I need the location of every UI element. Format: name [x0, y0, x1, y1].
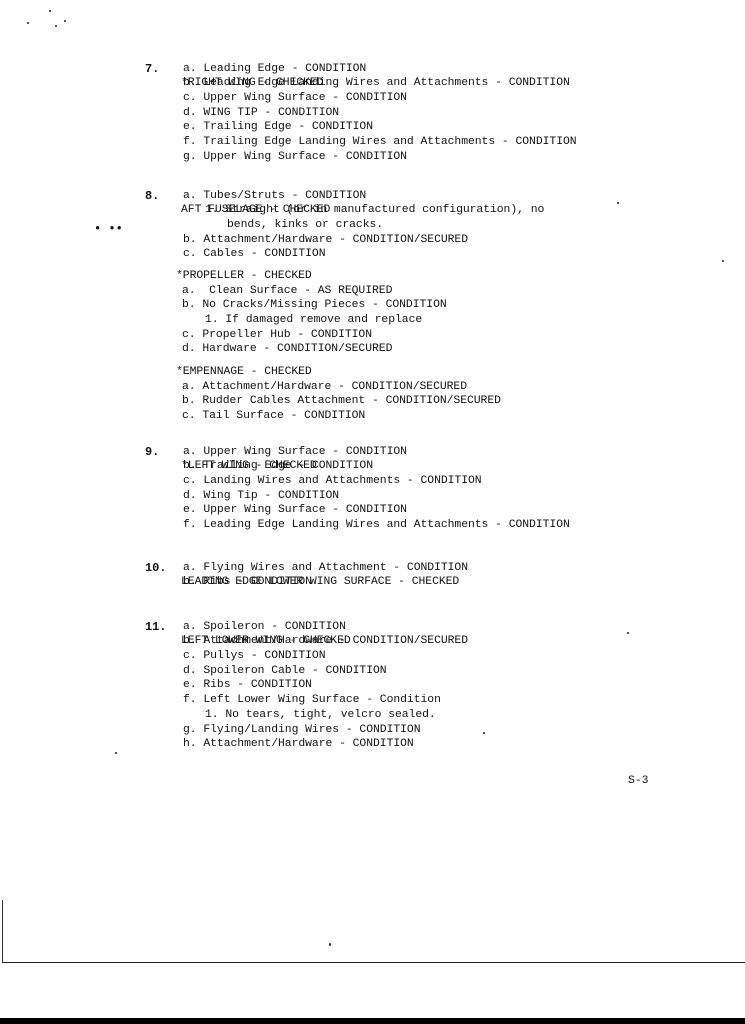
section-propeller: *PROPELLER - CHECKED a. Clean Surface - … [145, 269, 665, 357]
checklist-item: a. Tubes/Struts - CONDITION [183, 189, 665, 204]
section-number: 11. [145, 620, 166, 635]
checklist-item: a. Upper Wing Surface - CONDITION [183, 445, 665, 460]
scan-speck [64, 20, 66, 22]
section-heading-row: 7. *RIGHT WING - CHECKED [145, 47, 665, 62]
section-number: 10. [145, 561, 166, 576]
scan-speck [722, 260, 724, 262]
scan-speck [27, 22, 29, 24]
section-heading: *RIGHT WING - CHECKED [181, 76, 324, 91]
section-heading: *EMPENNAGE - CHECKED [176, 365, 665, 380]
section-10: 10. LEADING EDGE LOWER WING SURFACE - CH… [145, 546, 665, 590]
checklist-item: d. Spoileron Cable - CONDITION [183, 664, 665, 679]
checklist-item: d. WING TIP - CONDITION [183, 106, 665, 121]
checklist-item: f. Leading Edge Landing Wires and Attach… [183, 518, 665, 533]
section-number: 9. [145, 445, 159, 460]
scan-speck [55, 25, 57, 27]
section-heading-row: 9. *LEFT WING - CHECKED [145, 430, 665, 445]
checklist-subitem-continued: bends, kinks or cracks. [227, 218, 665, 233]
checklist-item: a. Spoileron - CONDITION [183, 620, 665, 635]
checklist-item: e. Ribs - CONDITION [183, 678, 665, 693]
checklist-item: c. Pullys - CONDITION [183, 649, 665, 664]
scan-speck [49, 10, 51, 12]
checklist-subitem: 1. No tears, tight, velcro sealed. [205, 708, 665, 723]
checklist-item: b. Attachment/Hardware - CONDITION/SECUR… [183, 233, 665, 248]
section-11: 11. LEFT LOWER WING - CHECKED a. Spoiler… [145, 605, 665, 752]
page-number: S-3 [628, 775, 649, 787]
section-heading-row: 10. LEADING EDGE LOWER WING SURFACE - CH… [145, 546, 665, 561]
section-empennage: *EMPENNAGE - CHECKED a. Attachment/Hardw… [145, 365, 665, 424]
section-number: 7. [145, 62, 159, 77]
checklist-item: b. No Cracks/Missing Pieces - CONDITION [182, 298, 665, 313]
scan-speck [627, 632, 629, 634]
section-heading: *LEFT WING - CHECKED [181, 459, 317, 474]
checklist-item: d. Hardware - CONDITION/SECURED [182, 342, 665, 357]
checklist-item: a. Clean Surface - AS REQUIRED [182, 284, 665, 299]
section-heading: AFT FUSELAGE - CHECKED [181, 203, 330, 218]
scan-edge-line [2, 900, 3, 962]
checklist-item: b. Rudder Cables Attachment - CONDITION/… [182, 394, 665, 409]
section-number: 8. [145, 189, 159, 204]
checklist-item: g. Flying/Landing Wires - CONDITION [183, 723, 665, 738]
section-9: 9. *LEFT WING - CHECKED a. Upper Wing Su… [145, 430, 665, 533]
checklist-item: d. Wing Tip - CONDITION [183, 489, 665, 504]
scan-speck [617, 202, 619, 204]
checklist-item: c. Cables - CONDITION [183, 247, 665, 262]
checklist-item: c. Tail Surface - CONDITION [182, 409, 665, 424]
checklist-item: c. Propeller Hub - CONDITION [182, 328, 665, 343]
checklist-item: e. Upper Wing Surface - CONDITION [183, 503, 665, 518]
scan-speck [329, 943, 331, 946]
checklist-item: c. Upper Wing Surface - CONDITION [183, 91, 665, 106]
checklist-item: a. Attachment/Hardware - CONDITION/SECUR… [182, 380, 665, 395]
section-8: 8. AFT FUSELAGE - CHECKED a. Tubes/Strut… [145, 174, 665, 262]
document-page: 7. *RIGHT WING - CHECKED a. Leading Edge… [0, 0, 745, 1024]
checklist-item: g. Upper Wing Surface - CONDITION [183, 150, 665, 165]
checklist-item: f. Trailing Edge Landing Wires and Attac… [183, 135, 665, 150]
checklist-item: c. Landing Wires and Attachments - CONDI… [183, 474, 665, 489]
margin-mark: • •• [94, 224, 123, 234]
checklist-item: h. Attachment/Hardware - CONDITION [183, 737, 665, 752]
checklist-item: a. Leading Edge - CONDITION [183, 62, 665, 77]
scan-speck [483, 732, 485, 734]
section-heading: LEFT LOWER WING - CHECKED [181, 634, 351, 649]
checklist-subitem: 1. If damaged remove and replace [205, 313, 665, 328]
scan-edge-border [0, 1018, 745, 1024]
section-heading: *PROPELLER - CHECKED [176, 269, 665, 284]
scan-speck [115, 752, 117, 754]
checklist-item: e. Trailing Edge - CONDITION [183, 120, 665, 135]
section-heading-row: 11. LEFT LOWER WING - CHECKED [145, 605, 665, 620]
section-heading: LEADING EDGE LOWER WING SURFACE - CHECKE… [181, 575, 459, 590]
section-heading-row: 8. AFT FUSELAGE - CHECKED [145, 174, 665, 189]
scan-edge-line [2, 962, 745, 963]
section-7: 7. *RIGHT WING - CHECKED a. Leading Edge… [145, 47, 665, 165]
checklist-item: a. Flying Wires and Attachment - CONDITI… [183, 561, 665, 576]
checklist-item: f. Left Lower Wing Surface - Condition [183, 693, 665, 708]
